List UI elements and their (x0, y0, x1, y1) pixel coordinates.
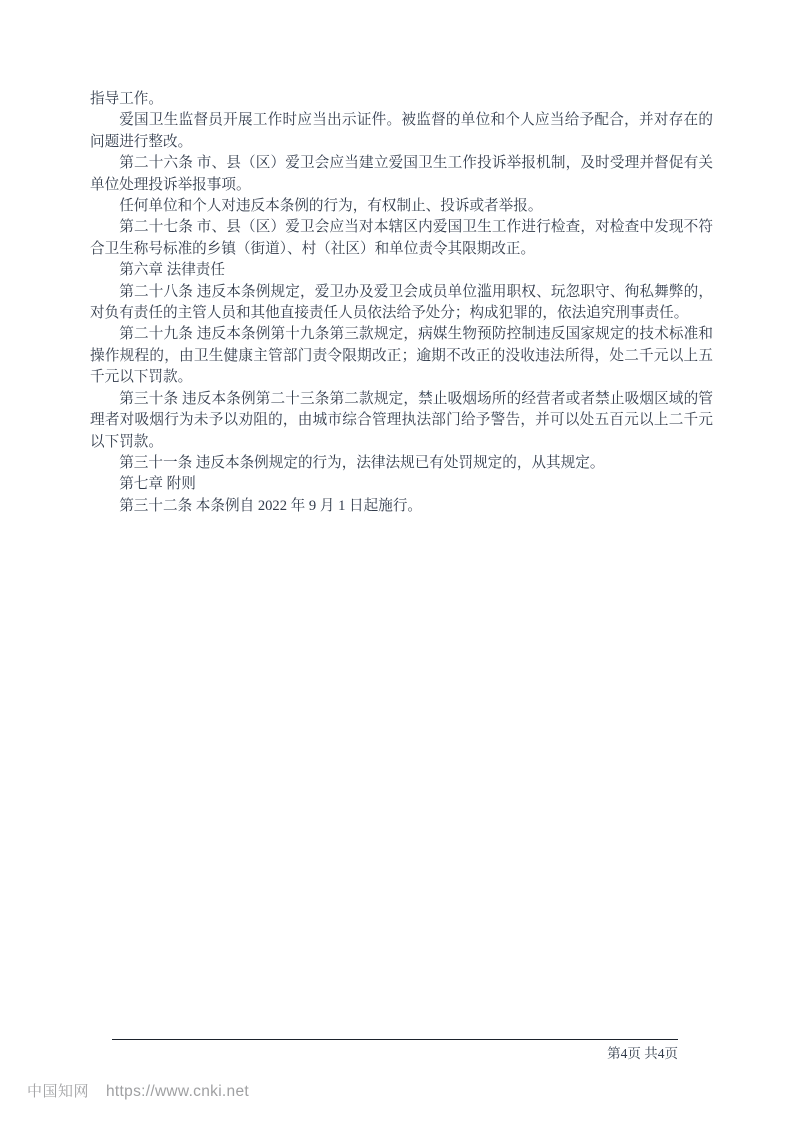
paragraph: 第三十一条 违反本条例规定的行为，法律法规已有处罚规定的，从其规定。 (90, 453, 713, 474)
paragraph: 第六章 法律责任 (90, 260, 713, 281)
paragraph: 爱国卫生监督员开展工作时应当出示证件。被监督的单位和个人应当给予配合，并对存在的… (90, 110, 713, 153)
paragraph: 第七章 附则 (90, 474, 713, 495)
paragraph: 指导工作。 (90, 89, 713, 110)
paragraph: 第二十七条 市、县（区）爱卫会应当对本辖区内爱国卫生工作进行检查，对检查中发现不… (90, 217, 713, 260)
document-page: 指导工作。爱国卫生监督员开展工作时应当出示证件。被监督的单位和个人应当给予配合，… (0, 0, 794, 1123)
cnki-url-text: https://www.cnki.net (106, 1083, 249, 1101)
paragraph: 第三十二条 本条例自 2022 年 9 月 1 日起施行。 (90, 496, 713, 517)
document-body: 指导工作。爱国卫生监督员开展工作时应当出示证件。被监督的单位和个人应当给予配合，… (90, 89, 713, 517)
cnki-watermark: 中国知网 https://www.cnki.net (27, 1080, 249, 1101)
paragraph: 第二十八条 违反本条例规定，爱卫办及爱卫会成员单位滥用职权、玩忽职守、徇私舞弊的… (90, 282, 713, 325)
paragraph: 任何单位和个人对违反本条例的行为，有权制止、投诉或者举报。 (90, 196, 713, 217)
paragraph: 第二十九条 违反本条例第十九条第三款规定，病媒生物预防控制违反国家规定的技术标准… (90, 324, 713, 388)
paragraph: 第三十条 违反本条例第二十三条第二款规定，禁止吸烟场所的经营者或者禁止吸烟区域的… (90, 389, 713, 453)
paragraph: 第二十六条 市、县（区）爱卫会应当建立爱国卫生工作投诉举报机制，及时受理并督促有… (90, 153, 713, 196)
footer-divider (112, 1039, 678, 1040)
page-number-indicator: 第4页 共4页 (112, 1042, 678, 1062)
cnki-brand-label: 中国知网 (27, 1080, 89, 1101)
